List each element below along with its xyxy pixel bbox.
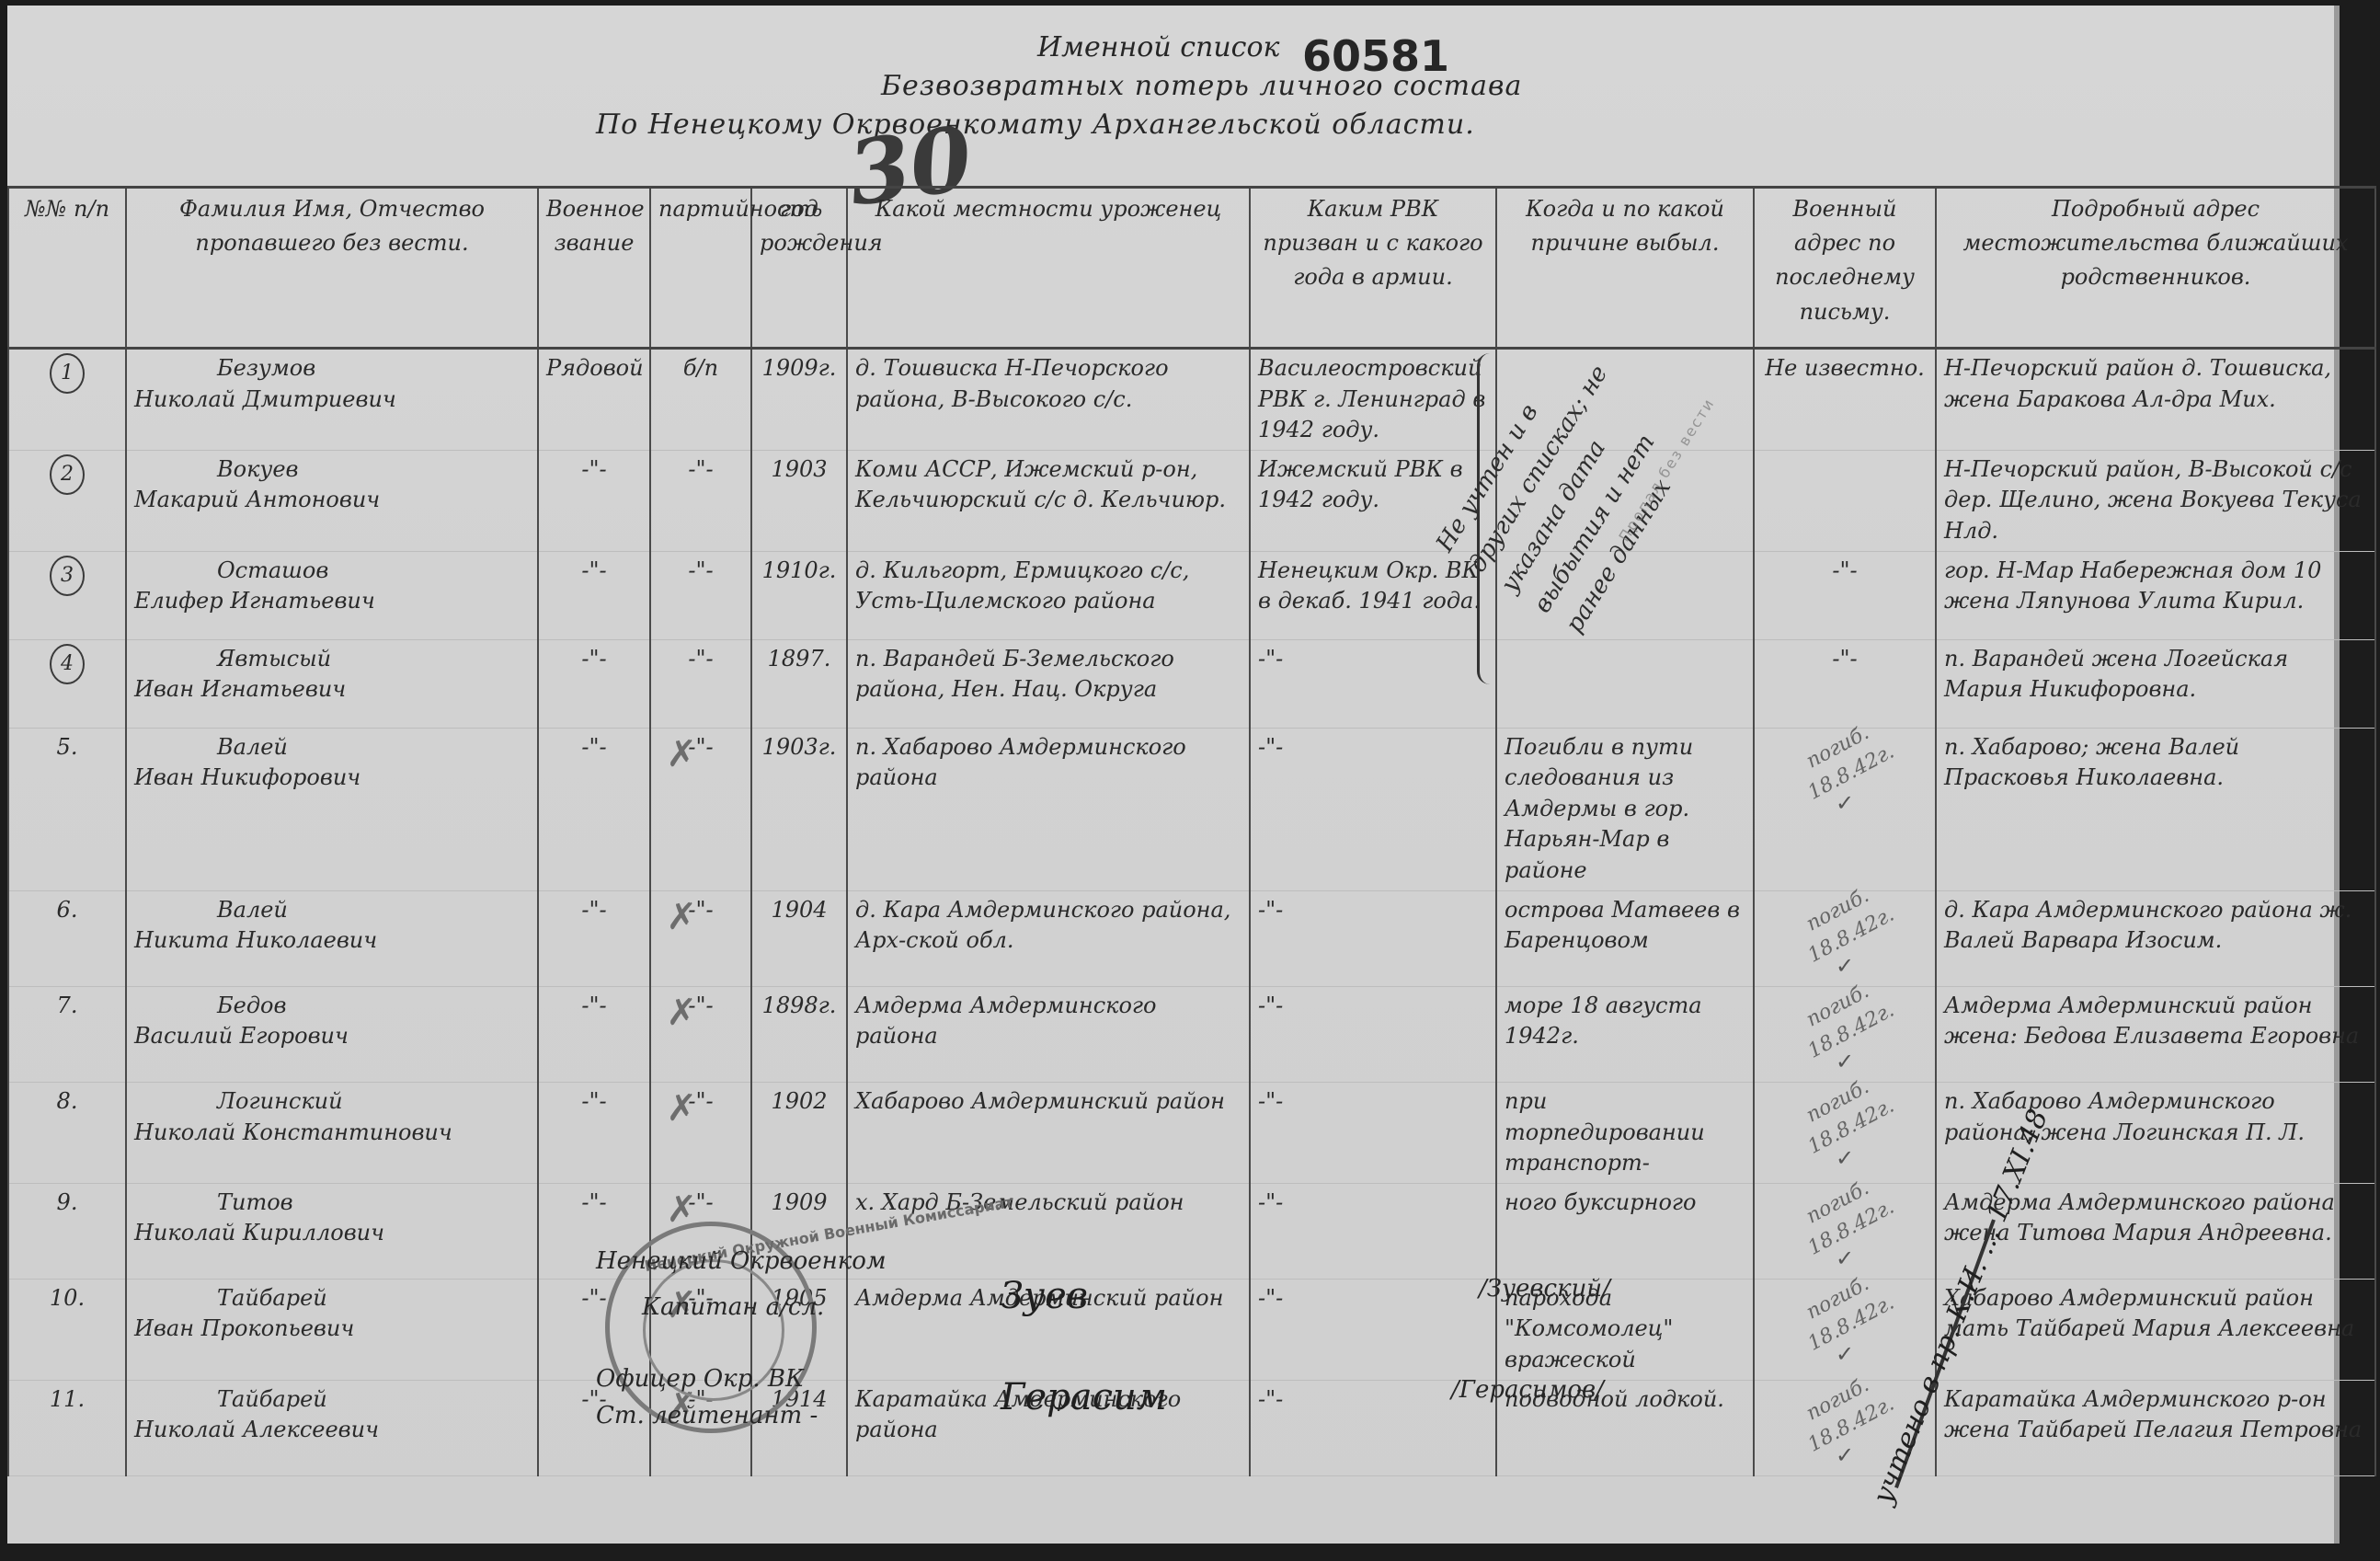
- cell-no: 1: [8, 349, 126, 451]
- cell-no: 2: [8, 450, 126, 551]
- header-party: партийность: [650, 188, 751, 349]
- row-number: 7.: [57, 993, 78, 1018]
- table-row: 2ВокуевМакарий Антонович-"--"-1903Коми А…: [8, 450, 2375, 551]
- cell-no: 7.: [8, 986, 126, 1082]
- header-rank: Военное звание: [538, 188, 650, 349]
- cell-name: ВалейИван Никифорович: [126, 728, 538, 890]
- cell-no: 8.: [8, 1082, 126, 1183]
- cell-origin: д. Тошвиска Н-Печорского района, В-Высок…: [847, 349, 1250, 451]
- cell-when: острова Матвеев в Баренцовом: [1496, 890, 1754, 986]
- header-draft-office: Каким РВК призван и с какого года в арми…: [1250, 188, 1496, 349]
- cell-kin: гор. Н-Мар Набережная дом 10 жена Ляпуно…: [1936, 551, 2375, 639]
- surname: Валей: [134, 732, 530, 763]
- cell-year: 1904: [751, 890, 847, 986]
- title-line-2: Безвозвратных потерь личного состава: [881, 70, 1522, 102]
- cell-kin: Хабарово Амдерминский район мать Тайбаре…: [1936, 1279, 2375, 1380]
- cell-no: 11.: [8, 1380, 126, 1475]
- cross-mark-icon: ✗: [666, 987, 697, 1039]
- cell-year: 1903: [751, 450, 847, 551]
- cell-no: 6.: [8, 890, 126, 986]
- cross-mark-icon: ✗: [666, 891, 697, 943]
- cell-when: Погибли в пути следования из Амдермы в г…: [1496, 728, 1754, 890]
- surname: Вокуев: [134, 454, 530, 486]
- cell-kin: Каратайка Амдерминского р-он жена Тайбар…: [1936, 1380, 2375, 1475]
- cell-addr: Не известно.: [1754, 349, 1936, 451]
- table-header-row: №№ п/п Фамилия Имя, Отчество пропавшего …: [8, 188, 2375, 349]
- cell-name: ОсташовЕлифер Игнатьевич: [126, 551, 538, 639]
- row-number: 2: [50, 454, 85, 495]
- given-names: Василий Егорович: [134, 1023, 349, 1049]
- cell-name: БезумовНиколай Дмитриевич: [126, 349, 538, 451]
- cross-mark-icon: ✗: [666, 729, 697, 780]
- cell-rvk: Василеостровский РВК г. Ленинград в 1942…: [1250, 349, 1496, 451]
- cell-rank: Рядовой: [538, 349, 650, 451]
- casualty-table: №№ п/п Фамилия Имя, Отчество пропавшего …: [7, 186, 2376, 1476]
- signatory-1-title-2: Капитан а/сл.: [642, 1293, 824, 1321]
- cell-rank: -"-: [538, 551, 650, 639]
- cell-name: ВалейНикита Николаевич: [126, 890, 538, 986]
- row-number: 9.: [57, 1189, 78, 1215]
- given-names: Иван Игнатьевич: [134, 676, 346, 702]
- given-names: Иван Никифорович: [134, 764, 360, 790]
- header-number: №№ п/п: [8, 188, 126, 349]
- cell-party: б/п: [650, 349, 751, 451]
- cell-origin: Хабарово Амдерминский район: [847, 1082, 1250, 1183]
- row-number: 8.: [57, 1088, 78, 1114]
- signatory-2-title-2: Ст. лейтенант -: [596, 1402, 818, 1429]
- cell-year: 1910г.: [751, 551, 847, 639]
- cell-kin: Н-Печорский район д. Тошвиска, жена Бара…: [1936, 349, 2375, 451]
- cell-when: ного буксирного: [1496, 1183, 1754, 1279]
- cell-party: -"-: [650, 450, 751, 551]
- cell-name: ЛогинскийНиколай Константинович: [126, 1082, 538, 1183]
- cell-name: ТитовНиколай Кириллович: [126, 1183, 538, 1279]
- cell-origin: д. Кара Амдерминского района, Арх-ской о…: [847, 890, 1250, 986]
- cell-rvk: -"-: [1250, 639, 1496, 728]
- cell-rank: -"-: [538, 639, 650, 728]
- given-names: Никита Николаевич: [134, 927, 377, 953]
- table-row: 5.ВалейИван Никифорович-"-✗-"-1903г.п. Х…: [8, 728, 2375, 890]
- given-names: Николай Константинович: [134, 1119, 452, 1145]
- header-name: Фамилия Имя, Отчество пропавшего без вес…: [126, 188, 538, 349]
- cell-origin: х. Хард Б-Земельский район: [847, 1183, 1250, 1279]
- cell-origin: п. Хабарово Амдерминского района: [847, 728, 1250, 890]
- header-when-why: Когда и по какой причине выбыл.: [1496, 188, 1754, 349]
- signatory-2-signature: Герасим: [1001, 1376, 1167, 1418]
- table-row: 7.БедовВасилий Егорович-"-✗-"-1898г.Амде…: [8, 986, 2375, 1082]
- cell-addr: [1754, 450, 1936, 551]
- cell-no: 5.: [8, 728, 126, 890]
- cell-rvk: Ненецким Окр. ВК в декаб. 1941 года.: [1250, 551, 1496, 639]
- table-row: 3ОсташовЕлифер Игнатьевич-"--"-1910г.д. …: [8, 551, 2375, 639]
- cell-kin: п. Варандей жена Логейская Мария Никифор…: [1936, 639, 2375, 728]
- signatory-2-title-1: Офицер Окр. ВК: [596, 1365, 804, 1393]
- cell-origin: п. Варандей Б-Земельского района, Нен. Н…: [847, 639, 1250, 728]
- row-number: 10.: [50, 1285, 85, 1311]
- cell-year: 1903г.: [751, 728, 847, 890]
- cross-mark-icon: ✗: [666, 1083, 697, 1134]
- surname: Явтысый: [134, 644, 530, 675]
- surname: Титов: [134, 1188, 530, 1219]
- cell-year: 1909г.: [751, 349, 847, 451]
- row-number: 3: [50, 556, 85, 596]
- cell-kin: Н-Печорский район, В-Высокой с/с дер. Ще…: [1936, 450, 2375, 551]
- given-names: Елифер Игнатьевич: [134, 588, 375, 614]
- cell-no: 3: [8, 551, 126, 639]
- cell-kin: п. Хабарово; жена Валей Прасковья Никола…: [1936, 728, 2375, 890]
- row-number: 5.: [57, 734, 78, 760]
- cell-name: ВокуевМакарий Антонович: [126, 450, 538, 551]
- row-number: 1: [50, 353, 85, 394]
- cell-rvk: -"-: [1250, 1082, 1496, 1183]
- cell-origin: Амдерма Амдерминского района: [847, 986, 1250, 1082]
- header-origin: Какой местности уроженец: [847, 188, 1250, 349]
- surname: Осташов: [134, 556, 530, 587]
- cell-kin: д. Кара Амдерминского района ж. Валей Ва…: [1936, 890, 2375, 986]
- cell-addr: -"-: [1754, 551, 1936, 639]
- cell-party: ✗-"-: [650, 890, 751, 986]
- row-number: 4: [50, 644, 85, 684]
- cell-rank: -"-: [538, 890, 650, 986]
- surname: Тайбарей: [134, 1384, 530, 1416]
- cell-rank: -"-: [538, 1082, 650, 1183]
- table-body: 1БезумовНиколай ДмитриевичРядовойб/п1909…: [8, 349, 2375, 1476]
- given-names: Макарий Антонович: [134, 487, 380, 512]
- cell-party: ✗-"-: [650, 986, 751, 1082]
- table-row: 11.ТайбарейНиколай Алексеевич-"-✗-"-1914…: [8, 1380, 2375, 1475]
- given-names: Николай Кириллович: [134, 1220, 384, 1245]
- cell-party: -"-: [650, 551, 751, 639]
- cell-year: 1902: [751, 1082, 847, 1183]
- surname: Тайбарей: [134, 1283, 530, 1314]
- header-relatives-address: Подробный адрес местожительства ближайши…: [1936, 188, 2375, 349]
- given-names: Иван Прокопьевич: [134, 1315, 354, 1341]
- title-line-3: По Ненецкому Окрвоенкомату Архангельской…: [596, 109, 1475, 141]
- cell-no: 4: [8, 639, 126, 728]
- cell-name: ТайбарейНиколай Алексеевич: [126, 1380, 538, 1475]
- signatory-1-name: /Зуевский/: [1479, 1275, 1610, 1303]
- given-names: Николай Дмитриевич: [134, 386, 396, 412]
- cell-when: при торпедировании транспорт-: [1496, 1082, 1754, 1183]
- cell-rvk: -"-: [1250, 986, 1496, 1082]
- cell-rank: -"-: [538, 728, 650, 890]
- cell-year: 1897.: [751, 639, 847, 728]
- surname: Валей: [134, 895, 530, 926]
- cell-rvk: -"-: [1250, 890, 1496, 986]
- cell-rvk: -"-: [1250, 1279, 1496, 1380]
- table-row: 4ЯвтысыйИван Игнатьевич-"--"-1897.п. Вар…: [8, 639, 2375, 728]
- given-names: Николай Алексеевич: [134, 1417, 379, 1442]
- cell-name: БедовВасилий Егорович: [126, 986, 538, 1082]
- cell-origin: Коми АССР, Ижемский р-он, Кельчиюрский с…: [847, 450, 1250, 551]
- cell-rvk: -"-: [1250, 728, 1496, 890]
- cell-name: ЯвтысыйИван Игнатьевич: [126, 639, 538, 728]
- cell-party: -"-: [650, 639, 751, 728]
- cell-no: 10.: [8, 1279, 126, 1380]
- cell-year: 1898г.: [751, 986, 847, 1082]
- cell-party: ✗-"-: [650, 728, 751, 890]
- row-number: 6.: [57, 897, 78, 923]
- cell-origin: д. Кильгорт, Ермицкого с/с, Усть-Цилемск…: [847, 551, 1250, 639]
- cell-rank: -"-: [538, 450, 650, 551]
- signatory-1-title-1: Ненецкий Окрвоенком: [596, 1247, 887, 1275]
- cell-when: море 18 августа 1942г.: [1496, 986, 1754, 1082]
- surname: Бедов: [134, 991, 530, 1022]
- table-row: 1БезумовНиколай ДмитриевичРядовойб/п1909…: [8, 349, 2375, 451]
- signatory-1-signature: Зуев: [1001, 1275, 1088, 1317]
- cell-no: 9.: [8, 1183, 126, 1279]
- table-row: 10.ТайбарейИван Прокопьевич-"-✗-"-1905Ам…: [8, 1279, 2375, 1380]
- title-line-1: Именной список: [1037, 31, 1279, 63]
- row-number: 11.: [50, 1386, 85, 1412]
- signatory-2-name: /Герасимов/: [1451, 1376, 1604, 1404]
- table-row: 6.ВалейНикита Николаевич-"-✗-"-1904д. Ка…: [8, 890, 2375, 986]
- surname: Безумов: [134, 353, 530, 385]
- cell-name: ТайбарейИван Прокопьевич: [126, 1279, 538, 1380]
- surname: Логинский: [134, 1086, 530, 1118]
- cell-kin: Амдерма Амдерминский район жена: Бедова …: [1936, 986, 2375, 1082]
- document-page: Именной список 60581 Безвозвратных потер…: [7, 6, 2340, 1544]
- header-military-address: Военный адрес по последнему письму.: [1754, 188, 1936, 349]
- cell-party: ✗-"-: [650, 1082, 751, 1183]
- cell-rank: -"-: [538, 986, 650, 1082]
- cell-rvk: -"-: [1250, 1183, 1496, 1279]
